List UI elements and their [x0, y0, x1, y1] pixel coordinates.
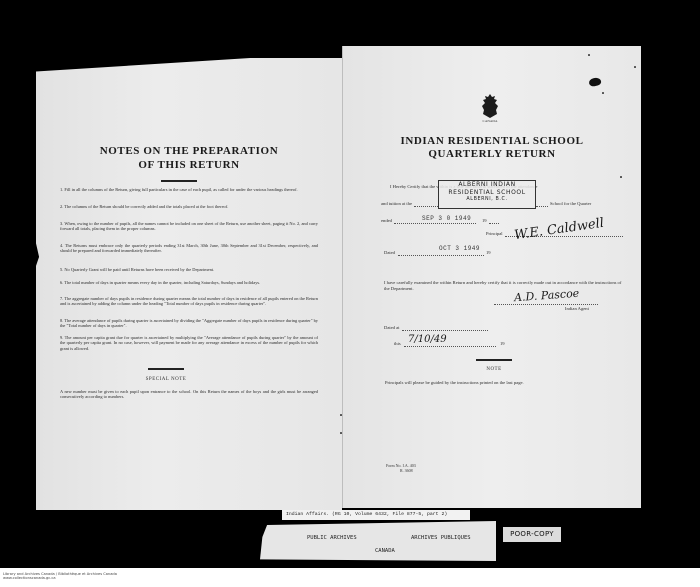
stamp-line3: ALBERNI, B.C. [439, 196, 535, 204]
note-rule [476, 359, 512, 361]
agent-signature-line [494, 304, 598, 305]
stamp-line1: ALBERNI INDIAN [439, 181, 535, 189]
dated-at-line [402, 330, 488, 331]
agent-certify-text: I have carefully examined the within Ret… [384, 280, 624, 291]
note-9: 9. The amount per capita grant due for q… [60, 335, 318, 351]
this-year-suffix: 19 [500, 341, 505, 346]
speck [620, 176, 622, 178]
note-2: 2. The columns of the Return should be c… [60, 204, 318, 209]
canada-crest-icon [481, 94, 499, 118]
speck [634, 66, 636, 68]
ended-year-line [489, 223, 499, 224]
school-for-quarter-label: School for the Quarter [550, 201, 591, 206]
special-note-text: A new number must be given to each pupil… [60, 389, 318, 400]
note-heading: NOTE [476, 367, 512, 372]
this-line [404, 346, 496, 347]
speck [588, 54, 590, 56]
footer-line1: Library and Archives Canada / Bibliothèq… [0, 568, 700, 576]
canada-label: CANADA [375, 548, 395, 554]
speck [340, 414, 342, 416]
special-note-rule [148, 368, 184, 370]
note-6: 6. The total number of days in quarter m… [60, 280, 318, 285]
archives-publiques-label: ARCHIVES PUBLIQUES [411, 535, 471, 541]
ended-line [394, 223, 476, 224]
and-tuition-label: and tuition at the [381, 201, 412, 206]
this-date-handwritten: 7/10/49 [408, 334, 447, 345]
ended-date-stamp: SEP 3 0 1949 [422, 215, 471, 222]
note-text: Principals will please be guided by the … [385, 380, 524, 385]
dated-date-stamp: OCT 3 1949 [439, 245, 480, 252]
note-3: 3. When, owing to the number of pupils, … [60, 221, 318, 232]
right-page-return-form: CANADA INDIAN RESIDENTIAL SCHOOL QUARTER… [342, 46, 641, 508]
note-8: 8. The average attendance of pupils duri… [60, 318, 318, 329]
note-1: 1. Fill in all the columns of the Return… [60, 187, 318, 192]
dated-year-suffix: 19 [486, 250, 491, 255]
indian-agent-label: Indian Agent [565, 306, 589, 311]
left-page-notes: NOTES ON THE PREPARATION OF THIS RETURN … [36, 58, 342, 510]
archives-strip [260, 521, 496, 561]
dated-label: Dated [384, 250, 395, 255]
footer-credit: Library and Archives Canada / Bibliothèq… [0, 568, 700, 587]
notes-title-line1: NOTES ON THE PREPARATION [36, 144, 342, 158]
school-stamp: ALBERNI INDIAN RESIDENTIAL SCHOOL ALBERN… [438, 180, 536, 209]
ended-label: ended [381, 218, 392, 223]
public-archives-label: PUBLIC ARCHIVES [307, 535, 357, 541]
form-number-line2: R. 3608 [386, 468, 416, 473]
ended-year-suffix: 19 [482, 218, 487, 223]
speck [340, 432, 342, 434]
this-label: this [394, 341, 401, 346]
principal-label: Principal [486, 231, 503, 236]
note-5: 5. No Quarterly Grant will be paid until… [60, 267, 318, 272]
note-4: 4. The Returns must embrace only the qua… [60, 243, 318, 254]
return-title-line1: INDIAN RESIDENTIAL SCHOOL [343, 134, 641, 148]
dated-line [398, 255, 484, 256]
archive-reference-label: Indian Affairs. (RG 10, Volume 6432, Fil… [282, 510, 470, 520]
school-name-line [414, 206, 438, 207]
speck [602, 92, 604, 94]
dated-at-label: Dated at [384, 325, 399, 330]
poor-copy-label: POOR-COPY [503, 527, 561, 542]
crest-label: CANADA [473, 119, 507, 123]
return-title-line2: QUARTERLY RETURN [343, 147, 641, 161]
stamp-line2: RESIDENTIAL SCHOOL [439, 189, 535, 197]
title-rule [161, 180, 197, 182]
form-number: Form No. I.A. 403 R. 3608 [386, 463, 416, 473]
special-note-heading: SPECIAL NOTE [36, 377, 296, 382]
school-name-line-end [536, 206, 548, 207]
notes-title-line2: OF THIS RETURN [36, 158, 342, 172]
footer-line2: www.collectionscanada.gc.ca [0, 576, 700, 580]
note-7: 7. The aggregate number of days pupils i… [60, 296, 318, 307]
